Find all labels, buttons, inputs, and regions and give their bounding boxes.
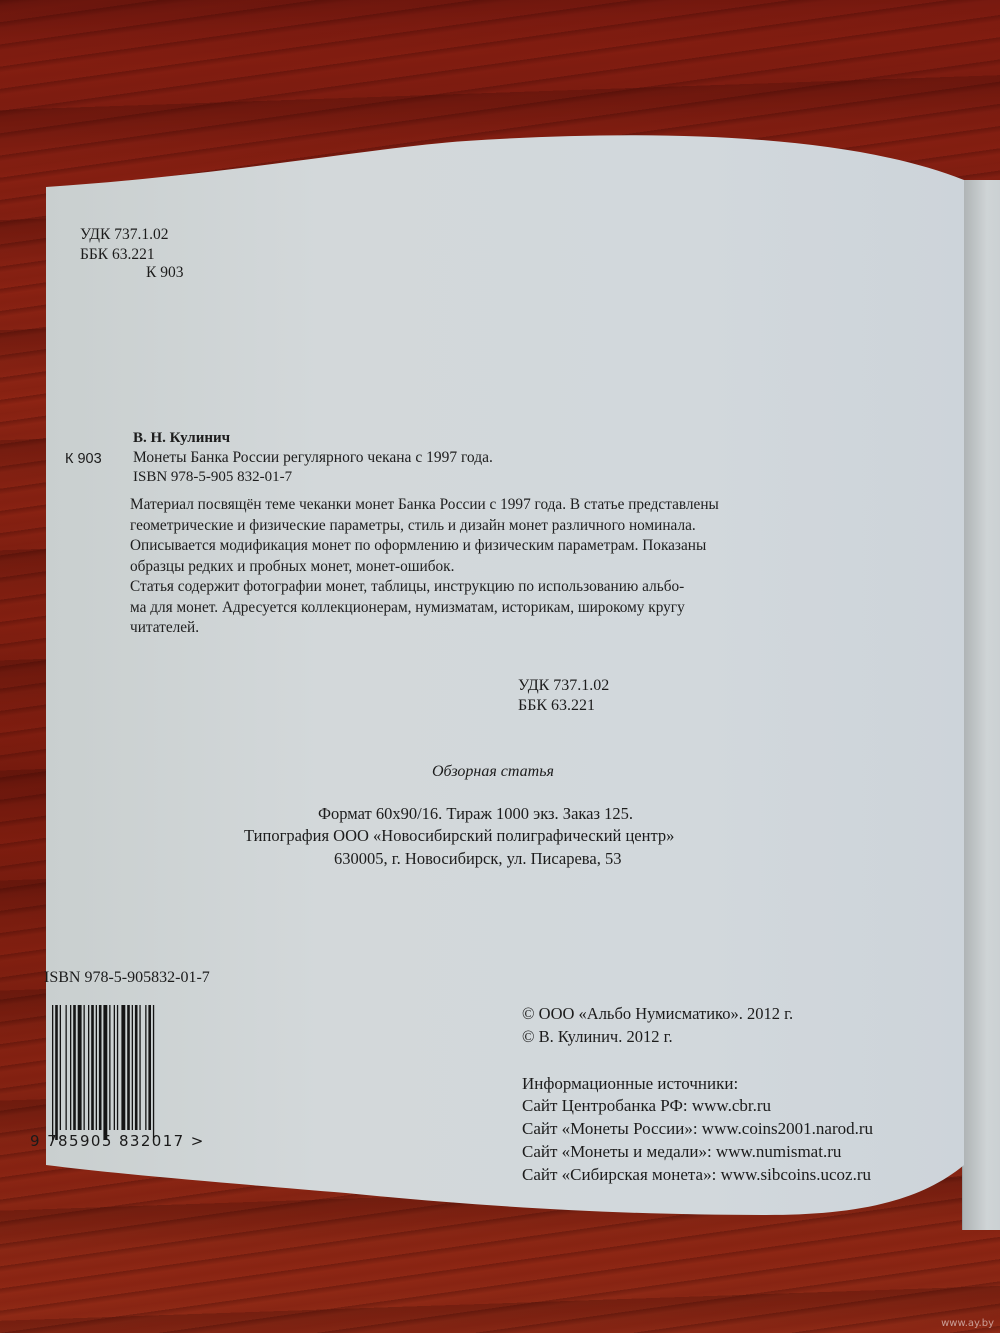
copyright-publisher: © ООО «Альбо Нумисматико». 2012 г. [522, 1004, 793, 1024]
top-bbk-code: ББК 63.221 [80, 245, 155, 265]
source-item: Сайт «Монеты России»: www.coins2001.naro… [522, 1119, 873, 1139]
copyright-author: © В. Кулинич. 2012 г. [522, 1027, 673, 1047]
barcode-isbn-label: ISBN 978-5-905832-01-7 [44, 968, 210, 988]
site-watermark: www.ay.by [941, 1318, 994, 1329]
catalog-title: Монеты Банка России регулярного чекана с… [133, 448, 493, 468]
barcode-digits: 9 785905 832017 > [30, 1132, 205, 1150]
genre-label: Обзорная статья [432, 762, 554, 782]
abstract-line: Материал посвящён теме чеканки монет Бан… [130, 495, 900, 516]
imprint-format: Формат 60х90/16. Тираж 1000 экз. Заказ 1… [318, 804, 633, 824]
abstract-line: Описывается модификация монет по оформле… [130, 536, 900, 557]
abstract: Материал посвящён теме чеканки монет Бан… [130, 495, 900, 639]
abstract-line: Статья содержит фотографии монет, таблиц… [130, 577, 900, 598]
source-item: Сайт «Монеты и медали»: www.numismat.ru [522, 1142, 841, 1162]
isbn-barcode [48, 1005, 192, 1140]
abstract-line: читателей. [130, 618, 900, 639]
abstract-line: геометрические и физические параметры, с… [130, 516, 900, 537]
abstract-line: образцы редких и пробных монет, монет-ош… [130, 557, 900, 578]
top-author-mark: К 903 [146, 263, 183, 283]
catalog-isbn: ISBN 978-5-905 832-01-7 [133, 467, 292, 487]
next-page-edge [962, 180, 1000, 1230]
top-udk-code: УДК 737.1.02 [80, 225, 168, 245]
abstract-line: ма для монет. Адресуется коллекционерам,… [130, 598, 900, 619]
catalog-author-mark: К 903 [65, 449, 102, 469]
imprint-printer: Типография ООО «Новосибирский полиграфич… [244, 826, 674, 846]
classification-udk: УДК 737.1.02 [518, 676, 609, 696]
classification-bbk: ББК 63.221 [518, 696, 595, 716]
sources-heading: Информационные источники: [522, 1074, 738, 1094]
source-item: Сайт «Сибирская монета»: www.sibcoins.uc… [522, 1165, 871, 1185]
imprint-address: 630005, г. Новосибирск, ул. Писарева, 53 [334, 849, 621, 869]
source-item: Сайт Центробанка РФ: www.cbr.ru [522, 1096, 771, 1116]
catalog-author: В. Н. Кулинич [133, 428, 230, 448]
